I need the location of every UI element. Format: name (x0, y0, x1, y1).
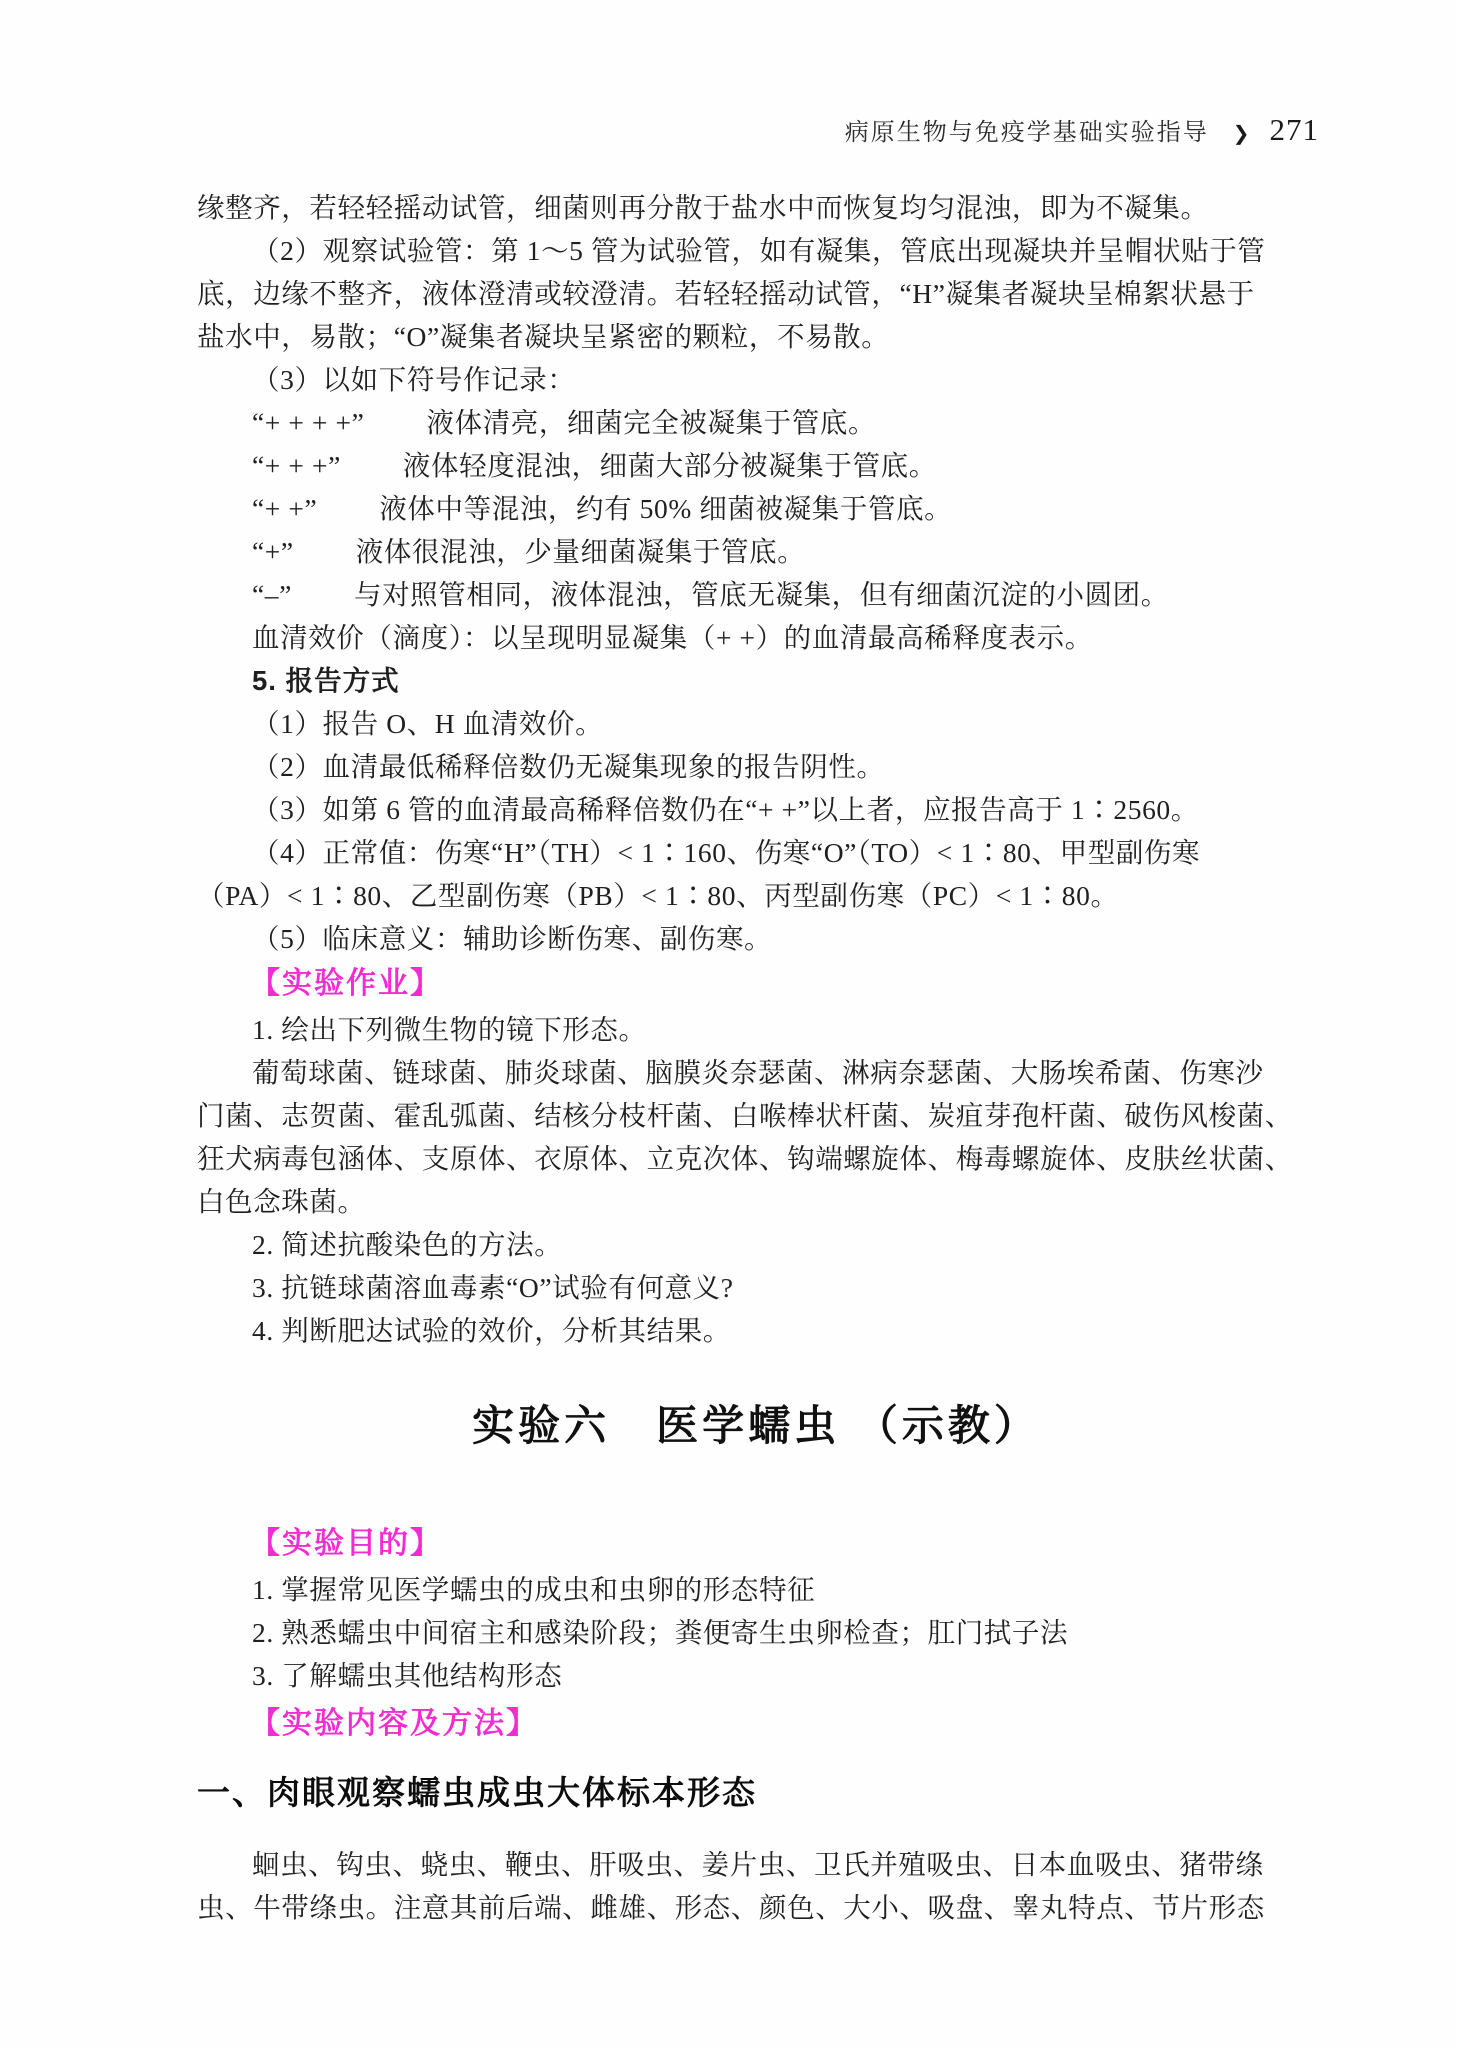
textbook-page: 病原生物与免疫学基础实验指导 ❯ 271 缘整齐，若轻轻摇动试管，细菌则再分散于… (0, 0, 1457, 2047)
purpose-line: 3. 了解蠕虫其他结构形态 (197, 1654, 1315, 1697)
symbol-line: “+ +”液体中等混浊，约有 50% 细菌被凝集于管底。 (197, 487, 1315, 530)
homework-line: 1. 绘出下列微生物的镜下形态。 (197, 1008, 1315, 1051)
agglutination-symbol: “–” (252, 573, 292, 616)
running-head-title: 病原生物与免疫学基础实验指导 (845, 112, 1209, 147)
homework-line: 2. 简述抗酸染色的方法。 (197, 1223, 1315, 1266)
body-line: （2）观察试验管：第 1～5 管为试验管，如有凝集，管底出现凝块并呈帽状贴于管 (197, 229, 1315, 272)
body-line: （5）临床意义：辅助诊断伤寒、副伤寒。 (197, 917, 1315, 960)
symbol-description: 液体轻度混浊，细菌大部分被凝集于管底。 (403, 450, 937, 481)
report-method-heading: 5. 报告方式 (197, 659, 1315, 702)
body-line: （4）正常值：伤寒“H”（TH）< 1∶160、伤寒“O”（TO）< 1∶80、… (197, 831, 1315, 874)
agglutination-symbol: “+ + +” (252, 444, 341, 487)
section-heading-methods: 【实验内容及方法】 (197, 1700, 1315, 1748)
homework-line: 门菌、志贺菌、霍乱弧菌、结核分枝杆菌、白喉棒状杆菌、炭疽芽孢杆菌、破伤风梭菌、 (197, 1094, 1315, 1137)
body-line: 底，边缘不整齐，液体澄清或较澄清。若轻轻摇动试管，“H”凝集者凝块呈棉絮状悬于 (197, 272, 1315, 315)
agglutination-symbol: “+ + + +” (252, 401, 364, 444)
symbol-line: “+”液体很混浊，少量细菌凝集于管底。 (197, 530, 1315, 573)
homework-line: 狂犬病毒包涵体、支原体、衣原体、立克次体、钩端螺旋体、梅毒螺旋体、皮肤丝状菌、 (197, 1137, 1315, 1180)
symbol-line: “+ + +”液体轻度混浊，细菌大部分被凝集于管底。 (197, 444, 1315, 487)
symbol-line: “–”与对照管相同，液体混浊，管底无凝集，但有细菌沉淀的小圆团。 (197, 573, 1315, 616)
page-content: 缘整齐，若轻轻摇动试管，细菌则再分散于盐水中而恢复均匀混浊，即为不凝集。 （2）… (197, 186, 1315, 1929)
body-line: （3）如第 6 管的血清最高稀释倍数仍在“+ +”以上者，应报告高于 1∶256… (197, 788, 1315, 831)
chevron-right-icon: ❯ (1233, 121, 1250, 145)
symbol-description: 液体很混浊，少量细菌凝集于管底。 (356, 536, 806, 567)
section-heading-purpose: 【实验目的】 (197, 1520, 1315, 1568)
running-head: 病原生物与免疫学基础实验指导 ❯ 271 (845, 112, 1319, 148)
chapter-title: 实验六 医学蠕虫 （示教） (197, 1400, 1315, 1452)
homework-line: 葡萄球菌、链球菌、肺炎球菌、脑膜炎奈瑟菌、淋病奈瑟菌、大肠埃希菌、伤寒沙 (197, 1051, 1315, 1094)
purpose-line: 1. 掌握常见医学蠕虫的成虫和虫卵的形态特征 (197, 1568, 1315, 1611)
agglutination-symbol: “+ +” (252, 487, 317, 530)
symbol-description: 液体中等混浊，约有 50% 细菌被凝集于管底。 (379, 493, 952, 524)
body-line: （PA）< 1∶80、乙型副伤寒（PB）< 1∶80、丙型副伤寒（PC）< 1∶… (197, 874, 1315, 917)
agglutination-symbol: “+” (252, 530, 294, 573)
methods-line: 蛔虫、钩虫、蛲虫、鞭虫、肝吸虫、姜片虫、卫氏并殖吸虫、日本血吸虫、猪带绦 (197, 1843, 1315, 1886)
symbol-line: “+ + + +”液体清亮，细菌完全被凝集于管底。 (197, 401, 1315, 444)
body-line: （3）以如下符号作记录： (197, 358, 1315, 401)
symbol-description: 液体清亮，细菌完全被凝集于管底。 (426, 407, 876, 438)
body-line: 缘整齐，若轻轻摇动试管，细菌则再分散于盐水中而恢复均匀混浊，即为不凝集。 (197, 186, 1315, 229)
section-heading-homework: 【实验作业】 (197, 960, 1315, 1008)
body-line: （2）血清最低稀释倍数仍无凝集现象的报告阴性。 (197, 745, 1315, 788)
page-number: 271 (1270, 112, 1320, 148)
homework-line: 4. 判断肥达试验的效价，分析其结果。 (197, 1309, 1315, 1352)
symbol-description: 与对照管相同，液体混浊，管底无凝集，但有细菌沉淀的小圆团。 (354, 579, 1169, 610)
homework-line: 3. 抗链球菌溶血毒素“O”试验有何意义? (197, 1266, 1315, 1309)
body-line: 血清效价（滴度）：以呈现明显凝集（+ +）的血清最高稀释度表示。 (197, 616, 1315, 659)
purpose-line: 2. 熟悉蠕虫中间宿主和感染阶段；粪便寄生虫卵检查；肛门拭子法 (197, 1611, 1315, 1654)
subsection-heading-observation: 一、肉眼观察蠕虫成虫大体标本形态 (197, 1770, 1315, 1816)
methods-line: 虫、牛带绦虫。注意其前后端、雌雄、形态、颜色、大小、吸盘、睾丸特点、节片形态 (197, 1886, 1315, 1929)
body-line: （1）报告 O、H 血清效价。 (197, 702, 1315, 745)
homework-line: 白色念珠菌。 (197, 1180, 1315, 1223)
body-line: 盐水中，易散；“O”凝集者凝块呈紧密的颗粒，不易散。 (197, 315, 1315, 358)
